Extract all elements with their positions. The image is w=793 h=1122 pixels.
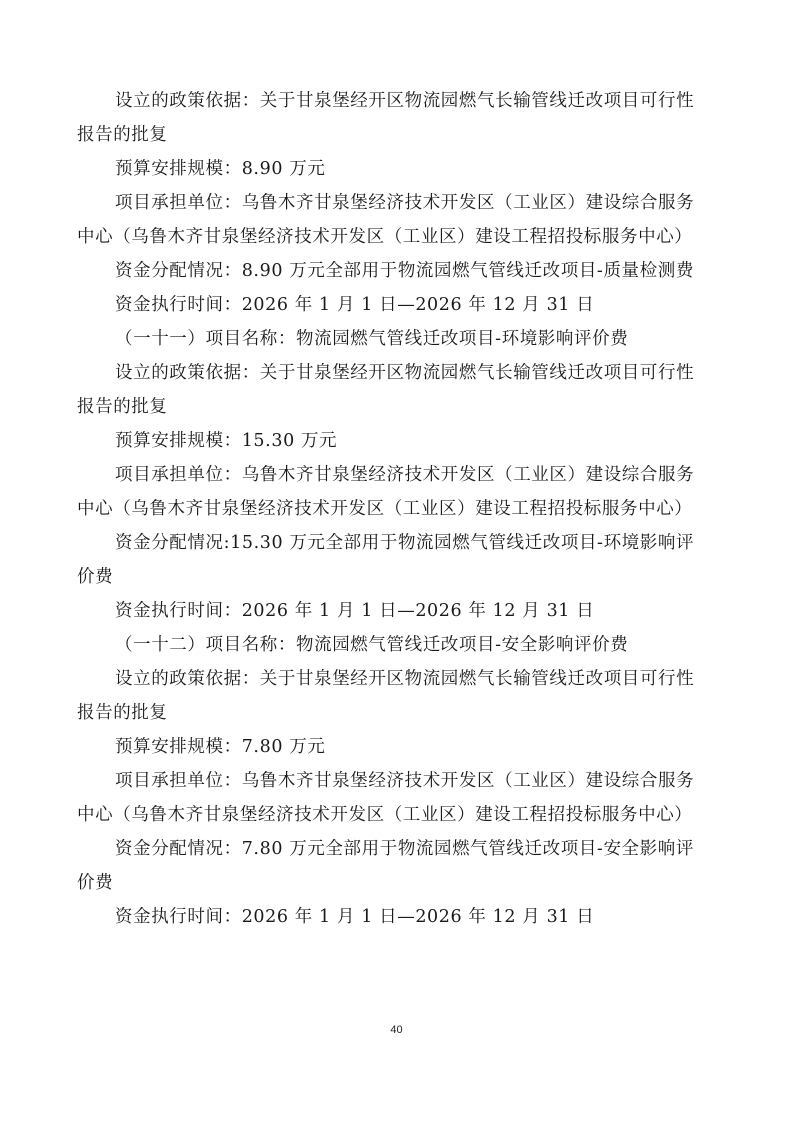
execution-period-line: 资金执行时间：2026 年 1 月 1 日—2026 年 12 月 31 日: [77, 288, 707, 322]
fund-allocation-line: 资金分配情况：8.90 万元全部用于物流园燃气管线迁改项目-质量检测费: [77, 254, 707, 288]
document-page: 设立的政策依据：关于甘泉堡经开区物流园燃气长输管线迁改项目可行性 报告的批复 预…: [77, 84, 707, 934]
execution-period-line: 资金执行时间：2026 年 1 月 1 日—2026 年 12 月 31 日: [77, 900, 707, 934]
undertaking-unit-continuation: 中心（乌鲁木齐甘泉堡经济技术开发区（工业区）建设工程招投标服务中心）: [77, 492, 707, 526]
policy-basis-line: 设立的政策依据：关于甘泉堡经开区物流园燃气长输管线迁改项目可行性: [77, 356, 707, 390]
budget-scale-line: 预算安排规模：8.90 万元: [77, 152, 707, 186]
fund-allocation-line: 资金分配情况:15.30 万元全部用于物流园燃气管线迁改项目-环境影响评: [77, 526, 707, 560]
budget-scale-line: 预算安排规模：7.80 万元: [77, 730, 707, 764]
policy-basis-line: 设立的政策依据：关于甘泉堡经开区物流园燃气长输管线迁改项目可行性: [77, 662, 707, 696]
budget-scale-line: 预算安排规模：15.30 万元: [77, 424, 707, 458]
undertaking-unit-line: 项目承担单位：乌鲁木齐甘泉堡经济技术开发区（工业区）建设综合服务: [77, 186, 707, 220]
fund-allocation-continuation: 价费: [77, 866, 707, 900]
policy-basis-continuation: 报告的批复: [77, 118, 707, 152]
project-heading-12: （一十二）项目名称：物流园燃气管线迁改项目-安全影响评价费: [77, 628, 707, 662]
execution-period-line: 资金执行时间：2026 年 1 月 1 日—2026 年 12 月 31 日: [77, 594, 707, 628]
project-heading-11: （一十一）项目名称：物流园燃气管线迁改项目-环境影响评价费: [77, 322, 707, 356]
undertaking-unit-continuation: 中心（乌鲁木齐甘泉堡经济技术开发区（工业区）建设工程招投标服务中心）: [77, 220, 707, 254]
undertaking-unit-line: 项目承担单位：乌鲁木齐甘泉堡经济技术开发区（工业区）建设综合服务: [77, 764, 707, 798]
policy-basis-continuation: 报告的批复: [77, 696, 707, 730]
fund-allocation-continuation: 价费: [77, 560, 707, 594]
fund-allocation-line: 资金分配情况：7.80 万元全部用于物流园燃气管线迁改项目-安全影响评: [77, 832, 707, 866]
undertaking-unit-line: 项目承担单位：乌鲁木齐甘泉堡经济技术开发区（工业区）建设综合服务: [77, 458, 707, 492]
policy-basis-line: 设立的政策依据：关于甘泉堡经开区物流园燃气长输管线迁改项目可行性: [77, 84, 707, 118]
page-number: 40: [0, 1024, 793, 1036]
policy-basis-continuation: 报告的批复: [77, 390, 707, 424]
undertaking-unit-continuation: 中心（乌鲁木齐甘泉堡经济技术开发区（工业区）建设工程招投标服务中心）: [77, 798, 707, 832]
